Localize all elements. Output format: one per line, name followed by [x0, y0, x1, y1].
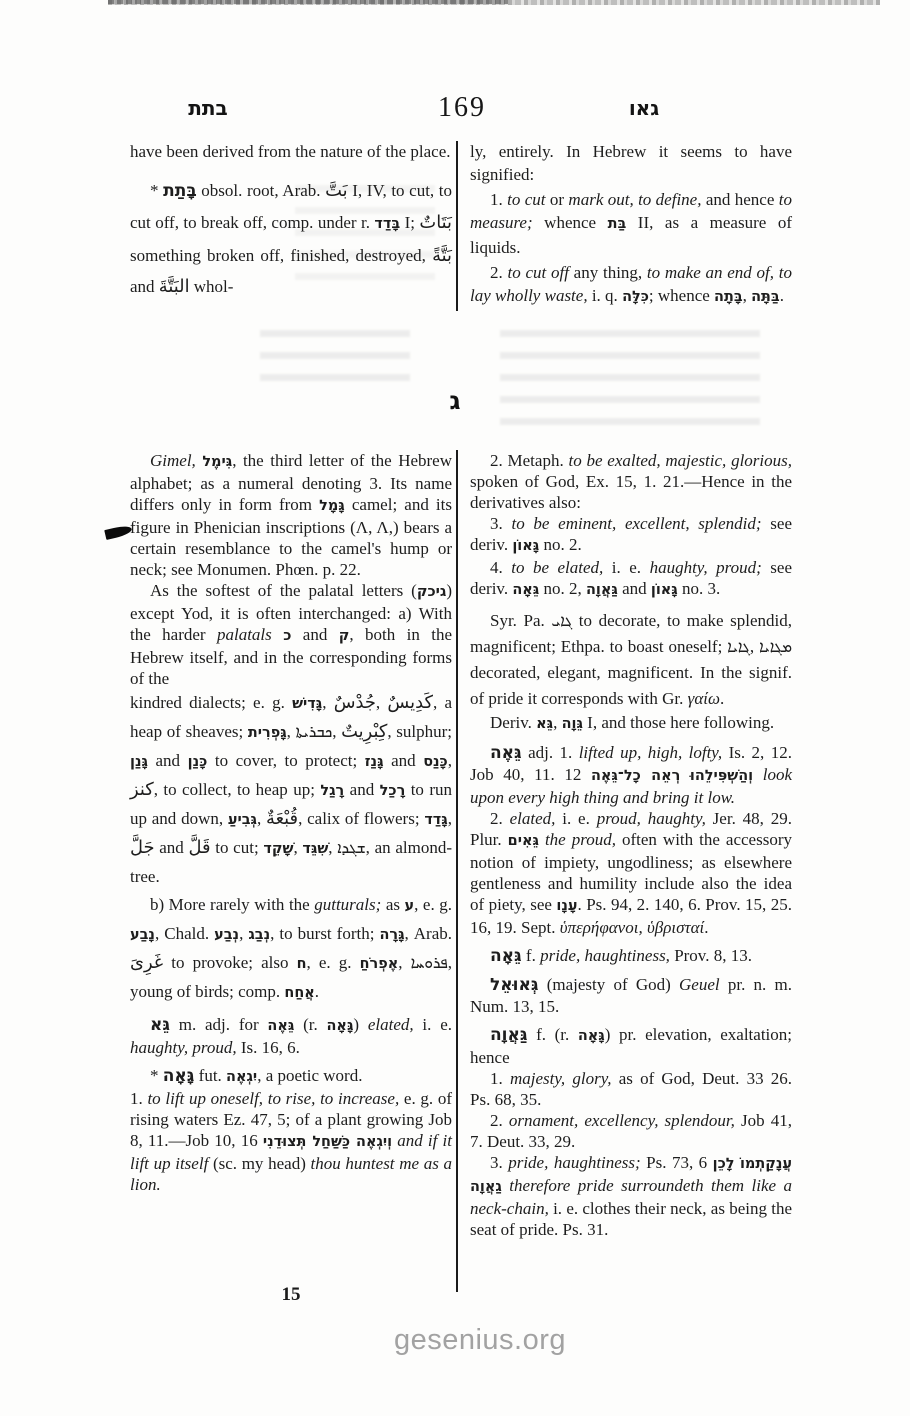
text-run: גָּדַד: [424, 812, 447, 828]
text-run: to lift up oneself, to rise, to increase…: [147, 1089, 399, 1108]
text-run: ornament, excellency, splendour,: [509, 1111, 735, 1130]
text-run: γαίω: [688, 689, 720, 708]
running-head-left-catchword: בתת: [166, 96, 250, 120]
text-run: כָּנַן: [188, 754, 208, 770]
text-run: whol-: [190, 277, 234, 296]
text-run: and: [384, 751, 424, 770]
page-number: 169: [414, 92, 510, 124]
text-run: to be exalted, majestic, glorious,: [568, 451, 792, 470]
paragraph: 3. pride, haughtiness; Ps. 73, 6 לָכֵן ע…: [470, 1152, 792, 1240]
text-run: נְבַע: [214, 927, 239, 943]
text-run: to cut off: [508, 263, 569, 282]
text-run: lifted up, high, lofty,: [579, 743, 722, 762]
text-run: i. e.: [555, 809, 596, 828]
text-run: *: [150, 1066, 163, 1085]
text-run: [272, 625, 283, 644]
text-run: 3.: [490, 514, 511, 533]
text-run: גֵּאִים: [508, 833, 539, 849]
text-run: , Chald.: [155, 924, 214, 943]
text-run: בָּדַד: [374, 216, 400, 232]
text-run: נָבַע: [130, 927, 155, 943]
text-run: قَلَّ: [189, 837, 211, 858]
text-run: [680, 765, 690, 784]
right-column-top-block: ly, entirely. In Hebrew it seems to have…: [470, 140, 792, 309]
text-run: גֵּא: [150, 1015, 170, 1035]
text-run: גֵּאָה: [490, 946, 522, 966]
text-run: mark out, to define,: [568, 190, 701, 209]
column-divider-top: [456, 141, 458, 311]
text-run: 1.: [490, 1069, 510, 1088]
text-run: לָכֵן: [713, 1156, 735, 1172]
text-run: גָּפְרִית: [248, 725, 287, 741]
text-run: the proud,: [545, 830, 616, 849]
text-run: ܓܐܝܐ: [727, 638, 750, 656]
text-run: I;: [400, 213, 419, 232]
paragraph: גֵּא m. adj. for גֵּאֶה (r. גָּאָה) elat…: [130, 1014, 452, 1058]
text-run: decorated, elegant, magnificent. In the …: [470, 663, 792, 708]
text-run: , Arab.: [405, 924, 453, 943]
text-run: elated,: [510, 809, 556, 828]
text-run: ,: [328, 838, 337, 857]
text-run: ܡܓܐܝܐ: [759, 638, 792, 656]
paragraph: גֵּאֶה adj. 1. lifted up, high, lofty, I…: [470, 742, 792, 808]
text-run: have been derived from the nature of the…: [130, 142, 451, 161]
text-run: 1.: [130, 1089, 147, 1108]
text-run: ,: [448, 751, 452, 770]
text-run: ,: [448, 809, 452, 828]
text-run: proud, haughty,: [597, 809, 706, 828]
text-run: גְּאוּאֵל: [490, 975, 538, 995]
text-run: ly, entirely. In Hebrew it seems to have…: [470, 142, 792, 184]
paragraph: have been derived from the nature of the…: [130, 140, 452, 163]
text-run: Ps. 73, 6: [641, 1153, 713, 1172]
text-run: no. 2,: [539, 579, 586, 598]
scan-bleed-artifact: [260, 330, 410, 390]
text-run: بَتَّةً: [432, 245, 452, 266]
text-run: Gimel,: [150, 451, 196, 470]
text-run: f.: [522, 946, 540, 965]
text-run: גַּאֲוָה: [490, 1025, 528, 1045]
text-run: בָּתַת: [163, 181, 197, 201]
text-run: גֵּוָה: [562, 716, 583, 732]
text-run: ,: [376, 693, 388, 712]
text-run: גָּמָל: [319, 498, 345, 514]
paragraph: 1. to cut or mark out, to define, and he…: [470, 188, 792, 259]
text-run: גָּנַן: [130, 754, 148, 770]
text-run: רָגַל: [320, 783, 344, 799]
text-run: וְיִגְאֶה כַּשַּׁחַל תְּצוּדֵנִי: [263, 1134, 392, 1150]
text-run: .: [315, 982, 319, 1001]
text-run: גַּאֲוָה: [586, 582, 618, 598]
text-run: אֲחַח: [284, 985, 314, 1001]
text-run: البَتَّةَ: [159, 276, 190, 297]
text-run: בַּתָּה: [751, 289, 780, 305]
text-run: and: [344, 780, 379, 799]
text-run: .: [780, 286, 784, 305]
text-run: (r.: [294, 1015, 326, 1034]
paragraph: kindred dialects; e. g. גָּדִישׁ, جُدْسٌ…: [130, 689, 452, 891]
text-run: gutturals;: [314, 895, 381, 914]
text-run: ; whence: [649, 286, 714, 305]
text-run: 4.: [490, 558, 511, 577]
text-run: בַּת: [608, 216, 627, 232]
left-column-top-block: have been derived from the nature of the…: [130, 140, 452, 302]
paragraph: Deriv. גֵּא, גֵּוָה I, and those here fo…: [470, 712, 792, 735]
text-run: 3.: [490, 1153, 508, 1172]
text-run: and hence: [701, 190, 778, 209]
text-run: ,: [743, 286, 752, 305]
text-run: b) More rarely with the: [150, 895, 314, 914]
text-run: to be elated,: [511, 558, 603, 577]
text-run: غَرِىَ: [130, 952, 163, 973]
paragraph: 3. to be eminent, excellent, splendid; s…: [470, 513, 792, 557]
text-run: obsol. root, Arab.: [197, 181, 325, 200]
text-run: and: [291, 625, 338, 644]
text-run: 2.: [490, 1111, 509, 1130]
text-run: no. 2.: [539, 535, 582, 554]
text-run: גְּבִיעַ: [228, 812, 257, 828]
text-run: , e. g.: [414, 895, 452, 914]
text-run: i. e.: [603, 558, 649, 577]
text-run: גָּרָה: [379, 927, 404, 943]
text-run: 2.: [490, 263, 508, 282]
right-column-main-block: 2. Metaph. to be exalted, majestic, glor…: [470, 450, 792, 1240]
text-run: גָּאָה: [163, 1066, 195, 1086]
text-run: גֵּא: [536, 716, 553, 732]
text-run: ע: [405, 898, 415, 914]
text-run: to be eminent, excellent, splendid;: [511, 514, 761, 533]
text-run: f. (r.: [528, 1025, 578, 1044]
running-head-right-catchword: גאו: [604, 96, 684, 120]
text-run: רָכַל: [380, 783, 406, 799]
text-run: 1.: [490, 190, 507, 209]
paragraph: Gimel, גִּימֶל, the third letter of the …: [130, 450, 452, 580]
text-run: גִּימֶל: [202, 454, 232, 470]
text-run: ,: [398, 953, 410, 972]
text-run: قُبْعَةٌ: [266, 808, 298, 829]
text-run: , e. g.: [307, 953, 360, 972]
text-run: Syr. Pa.: [490, 611, 551, 630]
text-run: , to collect, to heap up;: [154, 780, 321, 799]
paragraph: b) More rarely with the gutturals; as ע,…: [130, 891, 452, 1007]
text-run: and: [130, 277, 159, 296]
text-run: גיכק: [417, 584, 447, 600]
text-run: كَدِيسٌ: [387, 692, 433, 713]
paragraph: גֵּאָה f. pride, haughtiness, Prov. 8, 1…: [470, 945, 792, 967]
text-run: 2. Metaph.: [490, 451, 568, 470]
paragraph: * גָּאָה fut. יִגְאֶה, a poetic word.: [130, 1065, 452, 1088]
text-run: Geuel: [679, 975, 720, 994]
text-run: גָּאוֹן: [512, 538, 539, 554]
text-run: גָּאָה: [578, 1028, 605, 1044]
text-run: 2.: [490, 809, 510, 828]
scan-edge-artifact-dark: [108, 0, 508, 4]
text-run: יִגְאֶה: [226, 1069, 257, 1085]
text-run: haughty, proud;: [650, 558, 762, 577]
text-run: .: [704, 918, 708, 937]
text-run: to cut;: [211, 838, 264, 857]
paragraph: 2. elated, i. e. proud, haughty, Jer. 48…: [470, 808, 792, 938]
paragraph: As the softest of the palatal letters (ג…: [130, 580, 452, 689]
text-run: Is. 16, 6.: [237, 1038, 300, 1057]
text-run: As the softest of the palatal letters (: [150, 581, 417, 600]
text-run: كنز: [130, 779, 154, 800]
text-run: *: [150, 181, 163, 200]
text-run: to cut: [507, 190, 545, 209]
text-run: כִּלָּה: [622, 289, 649, 305]
text-run: ,: [257, 809, 266, 828]
text-run: בָּתָה: [714, 289, 743, 305]
text-run: ὑπερήφανοι, ὑβρισταί: [560, 918, 704, 937]
text-run: נְבַג: [248, 927, 270, 943]
text-run: Prov. 8, 13.: [670, 946, 752, 965]
text-run: majesty, glory,: [510, 1069, 612, 1088]
text-run: אֶפְרֹחַ: [360, 956, 399, 972]
paragraph: 4. to be elated, i. e. haughty, proud; s…: [470, 557, 792, 601]
text-run: ܫܓܕܐ: [337, 839, 365, 857]
paragraph: 1. majesty, glory, as of God, Deut. 33 2…: [470, 1068, 792, 1110]
text-run: שָׁקֵד: [263, 841, 293, 857]
text-run: no. 3.: [678, 579, 721, 598]
text-run: spoken of God, Ex. 15, 1. 21.—Hence in t…: [470, 472, 792, 512]
paragraph: ly, entirely. In Hebrew it seems to have…: [470, 140, 792, 186]
text-run: ,: [287, 722, 296, 741]
section-letter-gimel: ג: [0, 386, 910, 415]
text-run: ח: [297, 956, 307, 972]
text-run: any thing,: [569, 263, 647, 282]
text-run: haughty, proud,: [130, 1038, 237, 1057]
text-run: וְהַשְׁפִּילֵהוּ: [690, 768, 753, 784]
text-run: i. q.: [588, 286, 622, 305]
text-run: kindred dialects; e. g.: [130, 693, 292, 712]
scanned-page: בתת 169 גאו have been derived from the n…: [0, 0, 910, 1416]
text-run: עָנָו: [556, 898, 577, 914]
text-run: .: [720, 689, 724, 708]
text-run: ,: [332, 722, 341, 741]
text-run: جُدْسٌ: [334, 692, 376, 713]
text-run: adj. 1.: [522, 743, 579, 762]
text-run: [753, 765, 763, 784]
text-run: ק: [339, 628, 350, 644]
text-run: something broken off, finished, destroye…: [130, 246, 432, 265]
text-run: , calix of flowers;: [298, 809, 424, 828]
scan-bleed-artifact: [500, 330, 760, 440]
text-run: whence: [533, 213, 608, 232]
text-run: ,: [750, 637, 759, 656]
signature-mark: 15: [130, 1284, 452, 1306]
text-run: to provoke; also: [163, 953, 296, 972]
text-run: רְאֵה כָל־גֵּאֶה: [591, 768, 680, 784]
paragraph: גַּאֲוָה f. (r. גָּאָה) pr. elevation, e…: [470, 1024, 792, 1068]
ink-smudge-artifact: [104, 524, 133, 540]
left-column-main-block: Gimel, גִּימֶל, the third letter of the …: [130, 450, 452, 1195]
text-run: Deriv.: [490, 713, 536, 732]
text-run: ,: [553, 713, 562, 732]
text-run: גָּאָה: [327, 1018, 354, 1034]
text-run: (majesty of God): [538, 975, 679, 994]
text-run: كِبْرِيتٌ: [341, 721, 387, 742]
text-run: ,: [322, 693, 334, 712]
text-run: to cover, to protect;: [207, 751, 364, 770]
paragraph: 1. to lift up oneself, to rise, to incre…: [130, 1088, 452, 1195]
text-run: , a poetic word.: [257, 1066, 362, 1085]
text-run: ,: [239, 924, 248, 943]
text-run: ܦܪܘܚܐ: [411, 954, 448, 972]
text-run: i. e.: [414, 1015, 452, 1034]
column-divider-main: [456, 450, 458, 1292]
text-run: גָּאוֹן: [651, 582, 678, 598]
text-run: ܓܐܝ: [551, 612, 572, 630]
text-run: and: [148, 751, 188, 770]
text-run: ܟܒܪܝܬܐ: [296, 723, 333, 741]
paragraph: 2. ornament, excellency, splendour, Job …: [470, 1110, 792, 1152]
text-run: palatals: [217, 625, 272, 644]
paragraph: Syr. Pa. ܓܐܝ to decorate, to make splend…: [470, 608, 792, 712]
text-run: بَتَّ: [325, 180, 348, 201]
watermark: gesenius.org: [305, 1324, 655, 1357]
text-run: elated,: [368, 1015, 414, 1034]
text-run: גֵּאֶה: [490, 743, 522, 763]
text-run: גָּנַז: [365, 754, 384, 770]
text-run: pride, haughtiness,: [540, 946, 670, 965]
text-run: גָּדִישׁ: [292, 696, 322, 712]
text-run: כָּנַס: [423, 754, 448, 770]
text-run: pride, haughtiness;: [508, 1153, 640, 1172]
paragraph: * בָּתַת obsol. root, Arab. بَتَّ I, IV,…: [130, 175, 452, 302]
text-run: جَلَّ: [130, 837, 155, 858]
text-run: ): [353, 1015, 367, 1034]
text-run: גֵּאֶה: [267, 1018, 294, 1034]
text-run: (sc. my head): [208, 1154, 310, 1173]
text-run: שִׁגֵּד: [302, 841, 328, 857]
text-run: , to burst forth;: [270, 924, 379, 943]
paragraph: 2. to cut off any thing, to make an end …: [470, 261, 792, 309]
paragraph: גְּאוּאֵל (majesty of God) Geuel pr. n. …: [470, 974, 792, 1017]
text-run: and: [155, 838, 189, 857]
text-run: I, and those here following.: [583, 713, 774, 732]
text-run: as: [381, 895, 404, 914]
text-run: fut.: [194, 1066, 226, 1085]
paragraph: 2. Metaph. to be exalted, majestic, glor…: [470, 450, 792, 513]
text-run: m. adj. for: [170, 1015, 267, 1034]
text-run: or: [546, 190, 569, 209]
text-run: , sulphur;: [387, 722, 452, 741]
text-run: גֵּאָה: [512, 582, 539, 598]
text-run: بَتَاتٌ: [419, 212, 452, 233]
text-run: and: [618, 579, 651, 598]
